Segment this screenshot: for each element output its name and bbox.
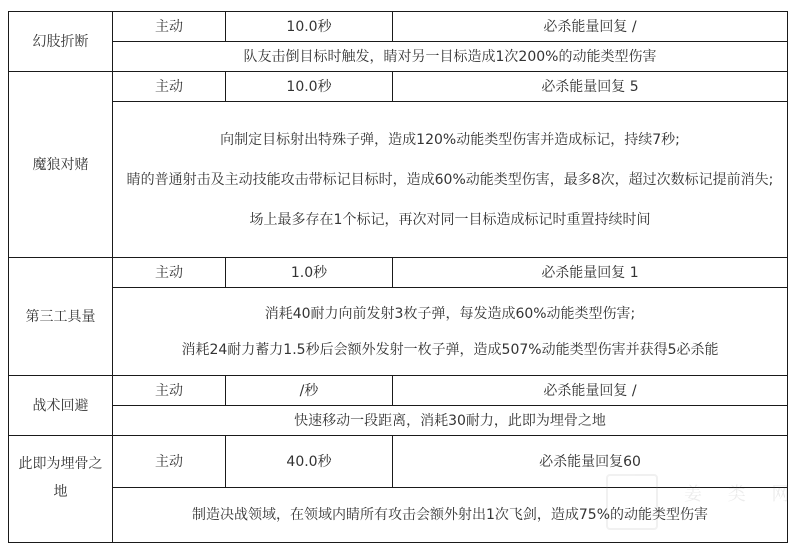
skill-type: 主动	[113, 436, 226, 488]
skill-type: 主动	[113, 12, 226, 42]
skill-row-4-header: 此即为埋骨之地 主动 40.0秒 必杀能量回复60	[9, 436, 788, 488]
skill-table: 幻肢折断 主动 10.0秒 必杀能量回复 / 队友击倒目标时触发，睛对另一目标造…	[8, 11, 788, 543]
skill-cooldown: 10.0秒	[226, 72, 393, 102]
description-line: 睛的普通射击及主动技能攻击带标记目标时，造成60%动能类型伤害，最多8次，超过次…	[115, 166, 785, 194]
description-line: 向制定目标射出特殊子弹，造成120%动能类型伤害并造成标记，持续7秒;	[115, 130, 785, 150]
skill-row-4-desc: 制造决战领域，在领域内睛所有攻击会额外射出1次飞剑，造成75%的动能类型伤害	[9, 488, 788, 543]
skill-energy: 必杀能量回复 5	[393, 72, 788, 102]
skill-type: 主动	[113, 376, 226, 406]
skill-row-3-header: 战术回避 主动 /秒 必杀能量回复 /	[9, 376, 788, 406]
skill-row-2-desc: 消耗40耐力向前发射3枚子弹，每发造成60%动能类型伤害; 消耗24耐力蓄力1.…	[9, 288, 788, 376]
skill-type: 主动	[113, 258, 226, 288]
skill-row-0-header: 幻肢折断 主动 10.0秒 必杀能量回复 /	[9, 12, 788, 42]
skill-cooldown: 1.0秒	[226, 258, 393, 288]
skill-description: 向制定目标射出特殊子弹，造成120%动能类型伤害并造成标记，持续7秒; 睛的普通…	[113, 102, 788, 258]
skill-row-2-header: 第三工具量 主动 1.0秒 必杀能量回复 1	[9, 258, 788, 288]
skill-name: 第三工具量	[9, 258, 113, 376]
skill-energy: 必杀能量回复 1	[393, 258, 788, 288]
skill-row-1-header: 魔狼对赌 主动 10.0秒 必杀能量回复 5	[9, 72, 788, 102]
skill-description: 队友击倒目标时触发，睛对另一目标造成1次200%的动能类型伤害	[113, 42, 788, 72]
skill-name: 此即为埋骨之地	[9, 436, 113, 543]
skill-row-1-desc: 向制定目标射出特殊子弹，造成120%动能类型伤害并造成标记，持续7秒; 睛的普通…	[9, 102, 788, 258]
skill-type: 主动	[113, 72, 226, 102]
skill-name: 幻肢折断	[9, 12, 113, 72]
skill-energy: 必杀能量回复 /	[393, 376, 788, 406]
skill-cooldown: 10.0秒	[226, 12, 393, 42]
description-line: 消耗40耐力向前发射3枚子弹，每发造成60%动能类型伤害;	[117, 304, 783, 324]
skill-row-3-desc: 快速移动一段距离，消耗30耐力，此即为埋骨之地	[9, 406, 788, 436]
skill-description: 制造决战领域，在领域内睛所有攻击会额外射出1次飞剑，造成75%的动能类型伤害	[113, 488, 788, 543]
skill-description: 快速移动一段距离，消耗30耐力，此即为埋骨之地	[113, 406, 788, 436]
skill-row-0-desc: 队友击倒目标时触发，睛对另一目标造成1次200%的动能类型伤害	[9, 42, 788, 72]
description-line: 消耗24耐力蓄力1.5秒后会额外发射一枚子弹，造成507%动能类型伤害并获得5必…	[117, 340, 783, 360]
description-line: 队友击倒目标时触发，睛对另一目标造成1次200%的动能类型伤害	[117, 47, 783, 67]
skill-description: 消耗40耐力向前发射3枚子弹，每发造成60%动能类型伤害; 消耗24耐力蓄力1.…	[113, 288, 788, 376]
skill-cooldown: 40.0秒	[226, 436, 393, 488]
description-line: 快速移动一段距离，消耗30耐力，此即为埋骨之地	[117, 411, 783, 431]
description-line: 制造决战领域，在领域内睛所有攻击会额外射出1次飞剑，造成75%的动能类型伤害	[117, 505, 783, 525]
skill-energy: 必杀能量回复60	[393, 436, 788, 488]
skill-name: 魔狼对赌	[9, 72, 113, 258]
description-line: 场上最多存在1个标记，再次对同一目标造成标记时重置持续时间	[115, 210, 785, 230]
skill-energy: 必杀能量回复 /	[393, 12, 788, 42]
skill-cooldown: /秒	[226, 376, 393, 406]
skill-name: 战术回避	[9, 376, 113, 436]
